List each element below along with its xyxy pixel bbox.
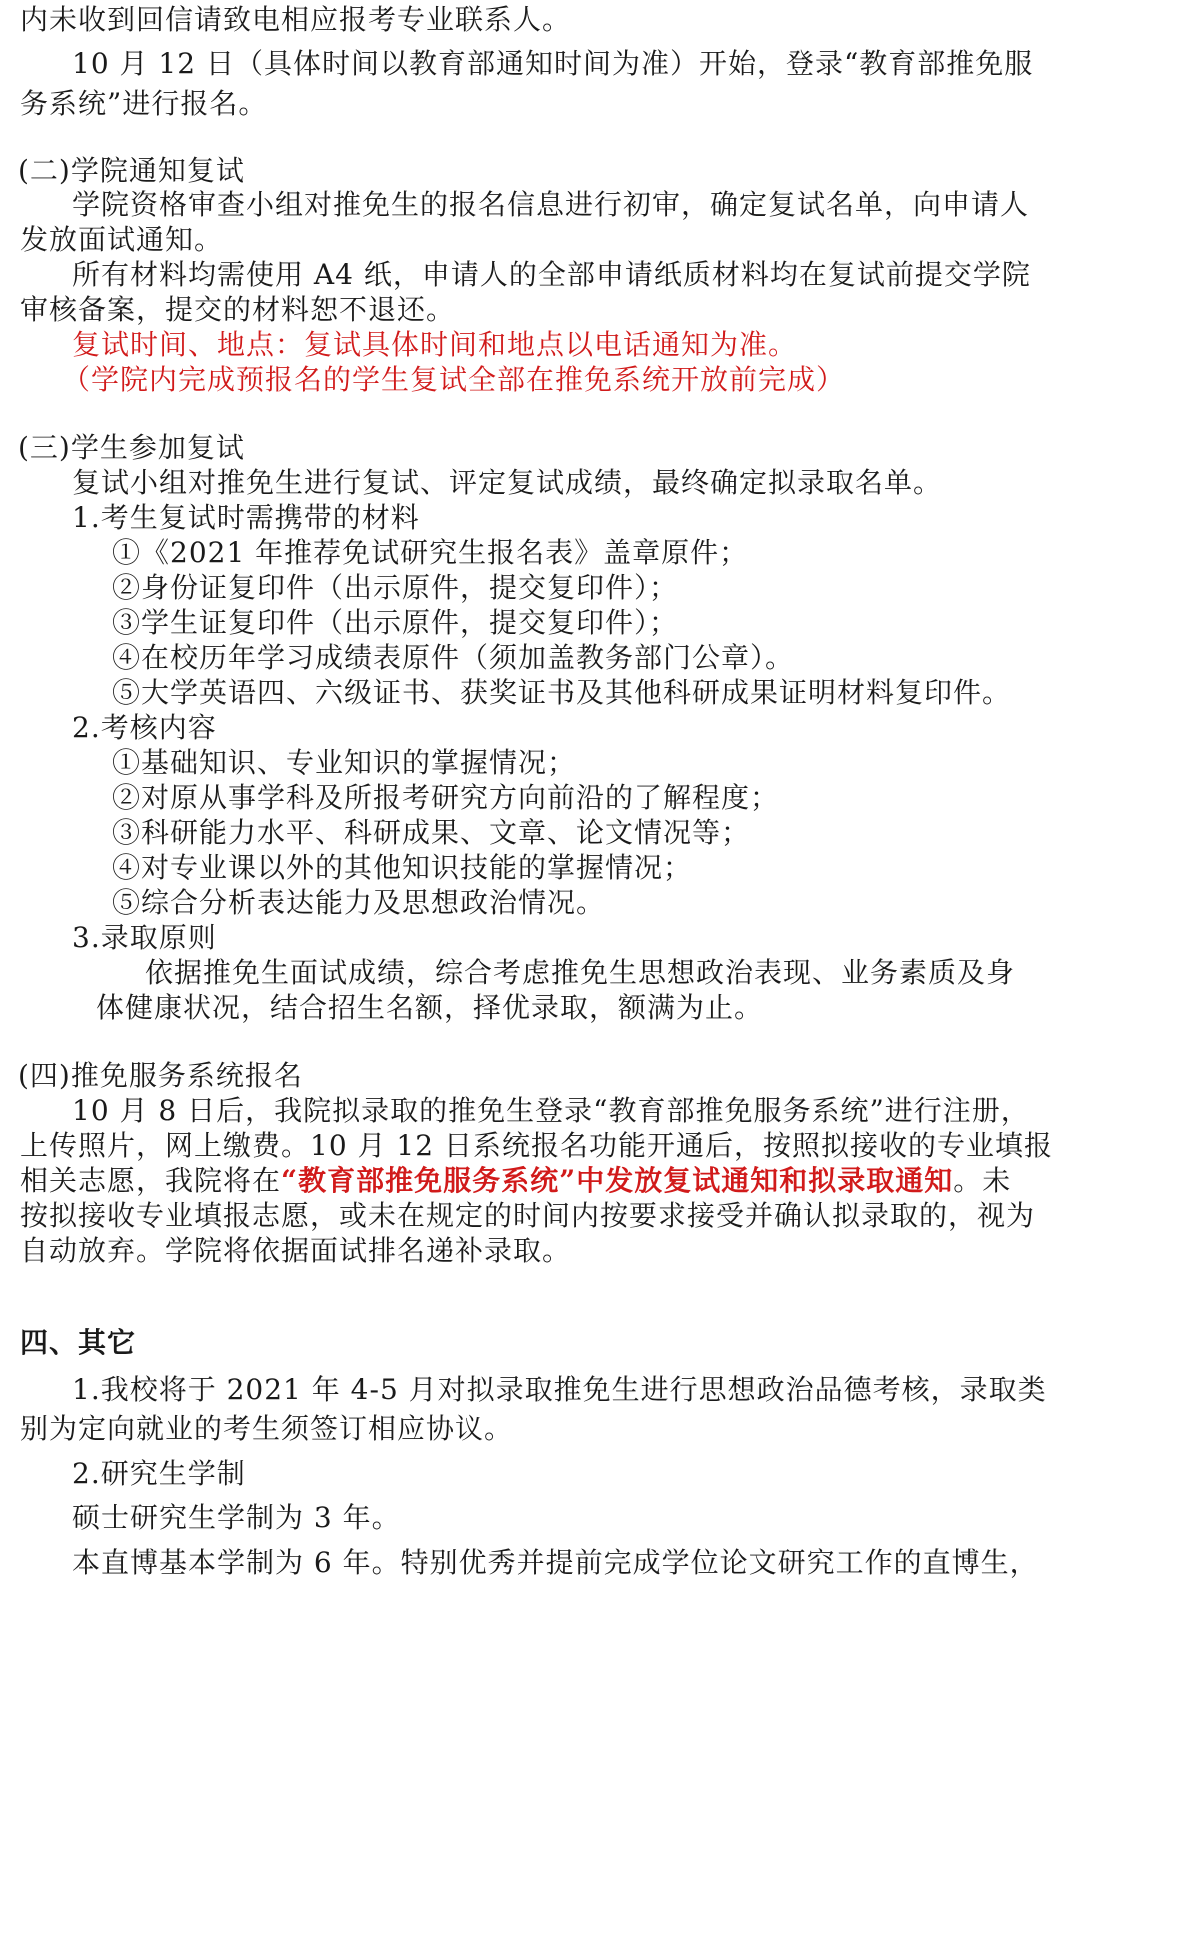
paragraph-line: 审核备案，提交的材料恕不退还。 (20, 292, 455, 328)
paragraph-line: 自动放弃。学院将依据面试排名递补录取。 (20, 1233, 571, 1269)
text-segment: 。未 (953, 1164, 1011, 1197)
list-item: ②对原从事学科及所报考研究方向前沿的了解程度； (112, 780, 779, 816)
paragraph-line: 1.我校将于 2021 年 4-5 月对拟录取推免生进行思想政治品德考核，录取类 (72, 1372, 1047, 1408)
paragraph-line: 10 月 12 日（具体时间以教育部通知时间为准）开始，登录“教育部推免服 (72, 46, 1033, 82)
red-notice-line: （学院内完成预报名的学生复试全部在推免系统开放前完成） (62, 362, 845, 398)
subheading: 3.录取原则 (72, 920, 217, 956)
paragraph-line: 学院资格审查小组对推免生的报名信息进行初审，确定复试名单，向申请人 (72, 187, 1029, 223)
paragraph-line: 硕士研究生学制为 3 年。 (72, 1500, 401, 1536)
paragraph-line: 所有材料均需使用 A4 纸，申请人的全部申请纸质材料均在复试前提交学院 (72, 257, 1031, 293)
list-item: ⑤大学英语四、六级证书、获奖证书及其他科研成果证明材料复印件。 (112, 675, 1011, 711)
text-segment: 相关志愿，我院将在 (20, 1164, 281, 1197)
subheading: 2.考核内容 (72, 710, 217, 746)
list-item: ④在校历年学习成绩表原件（须加盖教务部门公章）。 (112, 640, 794, 676)
paragraph-line: 复试小组对推免生进行复试、评定复试成绩，最终确定拟录取名单。 (72, 465, 942, 501)
highlighted-notice: “教育部推免服务系统”中发放复试通知和拟录取通知 (281, 1164, 953, 1197)
paragraph-line: 发放面试通知。 (20, 222, 223, 258)
red-notice-line: 复试时间、地点：复试具体时间和地点以电话通知为准。 (72, 327, 797, 363)
list-item: ⑤综合分析表达能力及思想政治情况。 (112, 885, 605, 921)
paragraph-line: 别为定向就业的考生须签订相应协议。 (20, 1411, 513, 1447)
paragraph-line: 务系统”进行报名。 (20, 86, 267, 122)
section-heading-2: (二)学院通知复试 (18, 153, 245, 189)
list-item: ①《2021 年推荐免试研究生报名表》盖章原件； (112, 535, 748, 571)
list-item: ③学生证复印件（出示原件，提交复印件）； (112, 605, 678, 641)
subheading: 2.研究生学制 (72, 1456, 246, 1492)
paragraph-line: 按拟接收专业填报志愿，或未在规定的时间内按要求接受并确认拟录取的，视为 (20, 1198, 1035, 1234)
paragraph-line: 体健康状况，结合招生名额，择优录取，额满为止。 (96, 990, 763, 1026)
subheading: 1.考生复试时需携带的材料 (72, 500, 420, 536)
list-item: ③科研能力水平、科研成果、文章、论文情况等； (112, 815, 750, 851)
paragraph-line: 相关志愿，我院将在“教育部推免服务系统”中发放复试通知和拟录取通知。未 (20, 1163, 1011, 1199)
section-heading-4: (四)推免服务系统报名 (18, 1058, 303, 1094)
paragraph-line: 10 月 8 日后，我院拟录取的推免生登录“教育部推免服务系统”进行注册， (72, 1093, 1030, 1129)
section-heading-3: (三)学生参加复试 (18, 430, 245, 466)
paragraph-line: 上传照片，网上缴费。10 月 12 日系统报名功能开通后，按照拟接收的专业填报 (20, 1128, 1053, 1164)
paragraph-line: 本直博基本学制为 6 年。特别优秀并提前完成学位论文研究工作的直博生， (72, 1545, 1039, 1581)
document-page: 内未收到回信请致电相应报考专业联系人。 10 月 12 日（具体时间以教育部通知… (0, 0, 1180, 1955)
paragraph-line: 依据推免生面试成绩，综合考虑推免生思想政治表现、业务素质及身 (145, 955, 1015, 991)
list-item: ④对专业课以外的其他知识技能的掌握情况； (112, 850, 692, 886)
section-heading-other: 四、其它 (20, 1325, 136, 1361)
list-item: ②身份证复印件（出示原件，提交复印件）； (112, 570, 678, 606)
paragraph-line: 内未收到回信请致电相应报考专业联系人。 (20, 2, 571, 38)
list-item: ①基础知识、专业知识的掌握情况； (112, 745, 576, 781)
